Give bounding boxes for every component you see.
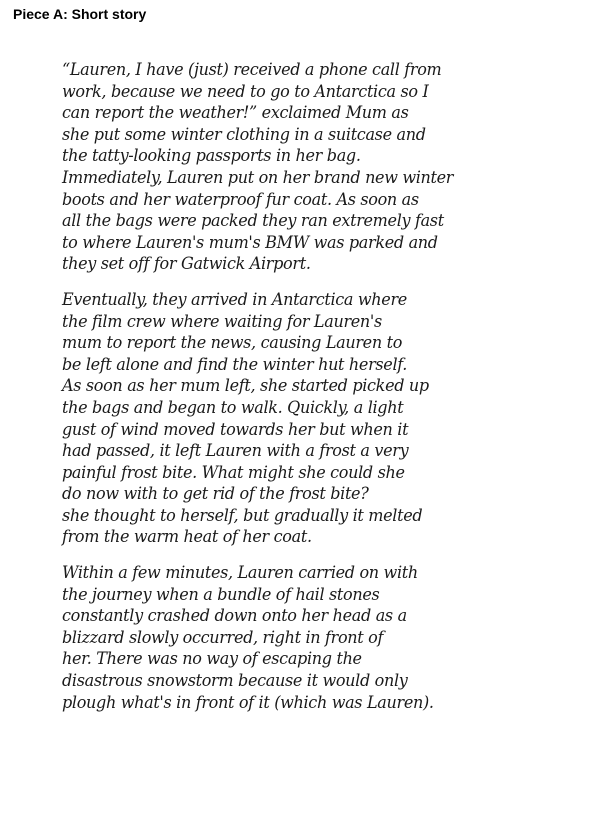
story-line: mum to report the news, causing Lauren t… (62, 333, 547, 355)
story-line: can report the weather!” exclaimed Mum a… (62, 103, 547, 125)
story-line: the journey when a bundle of hail stones (62, 585, 547, 607)
story-line: her. There was no way of escaping the (62, 649, 547, 671)
story-line: “Lauren, I have (just) received a phone … (62, 60, 547, 82)
story-line: had passed, it left Lauren with a frost … (62, 441, 547, 463)
story-line: boots and her waterproof fur coat. As so… (62, 190, 547, 212)
story-line: the tatty-looking passports in her bag. (62, 146, 547, 168)
story-line: Eventually, they arrived in Antarctica w… (62, 290, 547, 312)
story-line: to where Lauren's mum's BMW was parked a… (62, 233, 547, 255)
story-paragraph-2: Eventually, they arrived in Antarctica w… (62, 290, 582, 549)
story-line: do now with to get rid of the frost bite… (62, 484, 547, 506)
handwritten-story: “Lauren, I have (just) received a phone … (62, 60, 582, 728)
story-line: be left alone and find the winter hut he… (62, 355, 547, 377)
story-line: Immediately, Lauren put on her brand new… (62, 168, 547, 190)
story-paragraph-1: “Lauren, I have (just) received a phone … (62, 60, 582, 276)
story-line: from the warm heat of her coat. (62, 527, 547, 549)
story-line: they set off for Gatwick Airport. (62, 254, 547, 276)
story-line: plough what's in front of it (which was … (62, 693, 547, 715)
story-line: the bags and began to walk. Quickly, a l… (62, 398, 547, 420)
story-line: As soon as her mum left, she started pic… (62, 376, 547, 398)
story-paragraph-3: Within a few minutes, Lauren carried on … (62, 563, 582, 714)
story-line: constantly crashed down onto her head as… (62, 606, 547, 628)
story-line: painful frost bite. What might she could… (62, 463, 547, 485)
story-line: gust of wind moved towards her but when … (62, 420, 547, 442)
story-line: she thought to herself, but gradually it… (62, 506, 547, 528)
story-line: disastrous snowstorm because it would on… (62, 671, 547, 693)
story-line: she put some winter clothing in a suitca… (62, 125, 547, 147)
story-line: all the bags were packed they ran extrem… (62, 211, 547, 233)
story-line: work, because we need to go to Antarctic… (62, 82, 547, 104)
page-heading: Piece A: Short story (13, 6, 146, 22)
story-line: Within a few minutes, Lauren carried on … (62, 563, 547, 585)
story-line: the film crew where waiting for Lauren's (62, 312, 547, 334)
story-line: blizzard slowly occurred, right in front… (62, 628, 547, 650)
